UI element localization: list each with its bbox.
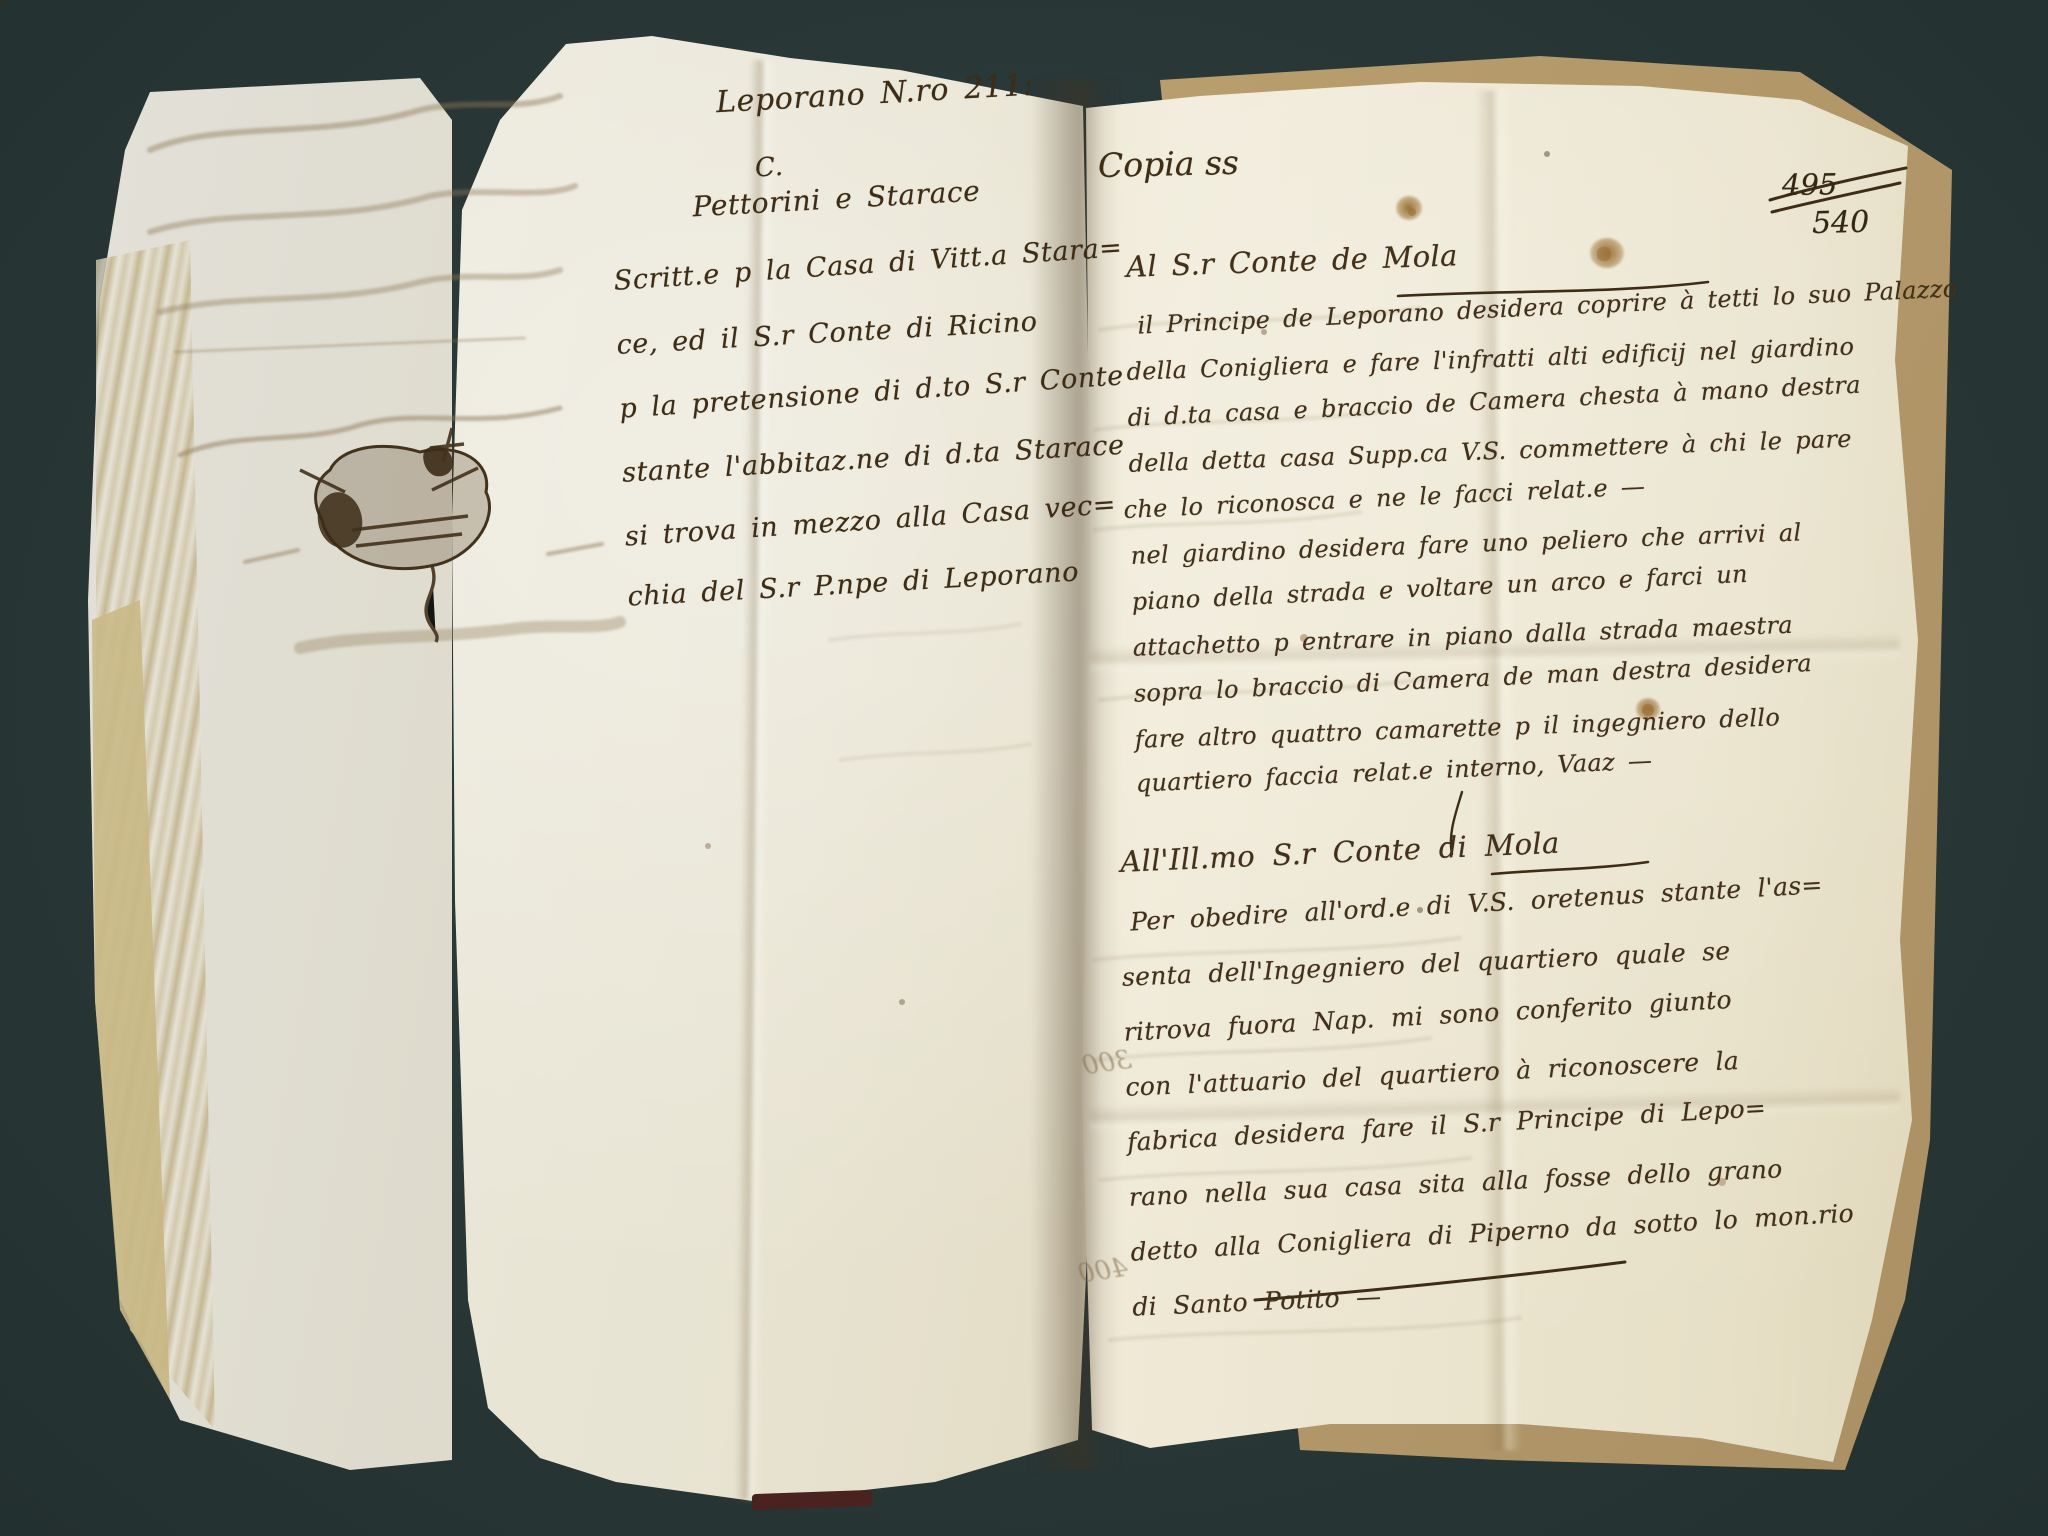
binding-board [752,1490,872,1510]
folio-number: 540 [1812,205,1870,241]
manuscript-photo: Leporano N.ro 211: C. Pettorini e Starac… [0,0,2048,1536]
docket-series-mark: C. [754,152,784,184]
ink-stain [1590,238,1624,268]
ink-stain [1396,196,1422,220]
folio-number-struck: 495 [1782,167,1838,202]
copy-label: Copia ss [1098,143,1240,185]
foxing-speckles [0,0,4,4]
